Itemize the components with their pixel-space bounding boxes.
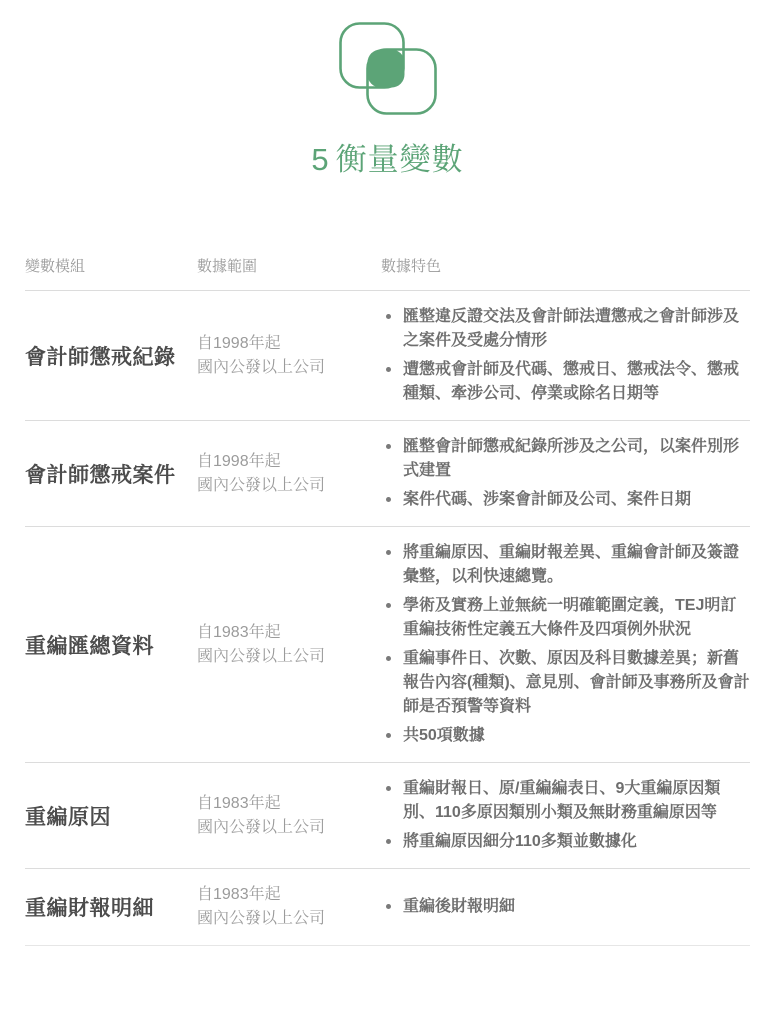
module-name: 會計師懲戒案件 bbox=[25, 459, 197, 489]
overlapping-squares-logo bbox=[339, 22, 437, 120]
feature-item: 遭懲戒會計師及代碼、懲戒日、懲戒法令、懲戒種類、牽涉公司、停業或除名日期等 bbox=[381, 358, 750, 406]
feature-list: 將重編原因、重編財報差異、重編會計師及簽證彙整，以利快速總覽。 學術及實務上並無… bbox=[381, 541, 750, 748]
range-line: 自1998年起 bbox=[197, 332, 381, 356]
overlapping-squares-icon bbox=[339, 22, 437, 115]
module-name: 會計師懲戒紀錄 bbox=[25, 341, 197, 371]
data-range: 自1983年起 國內公發以上公司 bbox=[197, 792, 381, 840]
feature-item: 案件代碼、涉案會計師及公司、案件日期 bbox=[381, 488, 750, 512]
table-row: 重編財報明細 自1983年起 國內公發以上公司 重編後財報明細 bbox=[25, 869, 750, 946]
module-name: 重編財報明細 bbox=[25, 892, 197, 922]
feature-item: 共50項數據 bbox=[381, 724, 750, 748]
feature-item: 學術及實務上並無統一明確範圍定義，TEJ明訂重編技術性定義五大條件及四項例外狀況 bbox=[381, 594, 750, 642]
range-line: 國內公發以上公司 bbox=[197, 907, 381, 931]
table-row: 重編匯總資料 自1983年起 國內公發以上公司 將重編原因、重編財報差異、重編會… bbox=[25, 527, 750, 763]
section-title-text: 衡量變數 bbox=[336, 142, 464, 177]
feature-item: 匯整違反證交法及會計師法遭懲戒之會計師涉及之案件及受處分情形 bbox=[381, 305, 750, 353]
variables-table: 變數模組 數據範圍 數據特色 會計師懲戒紀錄 自1998年起 國內公發以上公司 … bbox=[25, 255, 750, 946]
header-range: 數據範圍 bbox=[197, 255, 381, 276]
page: 5衡量變數 變數模組 數據範圍 數據特色 會計師懲戒紀錄 自1998年起 國內公… bbox=[0, 0, 775, 1024]
range-line: 自1983年起 bbox=[197, 883, 381, 907]
header-features: 數據特色 bbox=[381, 255, 750, 276]
range-line: 自1983年起 bbox=[197, 621, 381, 645]
feature-item: 將重編原因、重編財報差異、重編會計師及簽證彙整，以利快速總覽。 bbox=[381, 541, 750, 589]
data-range: 自1998年起 國內公發以上公司 bbox=[197, 450, 381, 498]
data-range: 自1983年起 國內公發以上公司 bbox=[197, 883, 381, 931]
table-row: 會計師懲戒案件 自1998年起 國內公發以上公司 匯整會計師懲戒紀錄所涉及之公司… bbox=[25, 421, 750, 527]
data-range: 自1998年起 國內公發以上公司 bbox=[197, 332, 381, 380]
table-row: 會計師懲戒紀錄 自1998年起 國內公發以上公司 匯整違反證交法及會計師法遭懲戒… bbox=[25, 291, 750, 421]
feature-item: 重編財報日、原/重編編表日、9大重編原因類別、110多原因類別小類及無財務重編原… bbox=[381, 777, 750, 825]
feature-item: 匯整會計師懲戒紀錄所涉及之公司，以案件別形式建置 bbox=[381, 435, 750, 483]
module-name: 重編原因 bbox=[25, 801, 197, 831]
feature-list: 匯整違反證交法及會計師法遭懲戒之會計師涉及之案件及受處分情形 遭懲戒會計師及代碼… bbox=[381, 305, 750, 406]
feature-list: 重編後財報明細 bbox=[381, 895, 750, 919]
page-title: 5衡量變數 bbox=[0, 134, 775, 179]
range-line: 國內公發以上公司 bbox=[197, 356, 381, 380]
range-line: 國內公發以上公司 bbox=[197, 645, 381, 669]
range-line: 國內公發以上公司 bbox=[197, 474, 381, 498]
feature-list: 重編財報日、原/重編編表日、9大重編原因類別、110多原因類別小類及無財務重編原… bbox=[381, 777, 750, 854]
data-range: 自1983年起 國內公發以上公司 bbox=[197, 621, 381, 669]
feature-item: 重編後財報明細 bbox=[381, 895, 750, 919]
range-line: 自1998年起 bbox=[197, 450, 381, 474]
range-line: 國內公發以上公司 bbox=[197, 816, 381, 840]
range-line: 自1983年起 bbox=[197, 792, 381, 816]
feature-list: 匯整會計師懲戒紀錄所涉及之公司，以案件別形式建置 案件代碼、涉案會計師及公司、案… bbox=[381, 435, 750, 512]
table-row: 重編原因 自1983年起 國內公發以上公司 重編財報日、原/重編編表日、9大重編… bbox=[25, 763, 750, 869]
feature-item: 將重編原因細分110多類並數據化 bbox=[381, 830, 750, 854]
section-number: 5 bbox=[311, 142, 329, 177]
feature-item: 重編事件日、次數、原因及科目數據差異；新舊報告內容(種類)、意見別、會計師及事務… bbox=[381, 647, 750, 719]
header-module: 變數模組 bbox=[25, 255, 197, 276]
table-header-row: 變數模組 數據範圍 數據特色 bbox=[25, 255, 750, 291]
module-name: 重編匯總資料 bbox=[25, 630, 197, 660]
